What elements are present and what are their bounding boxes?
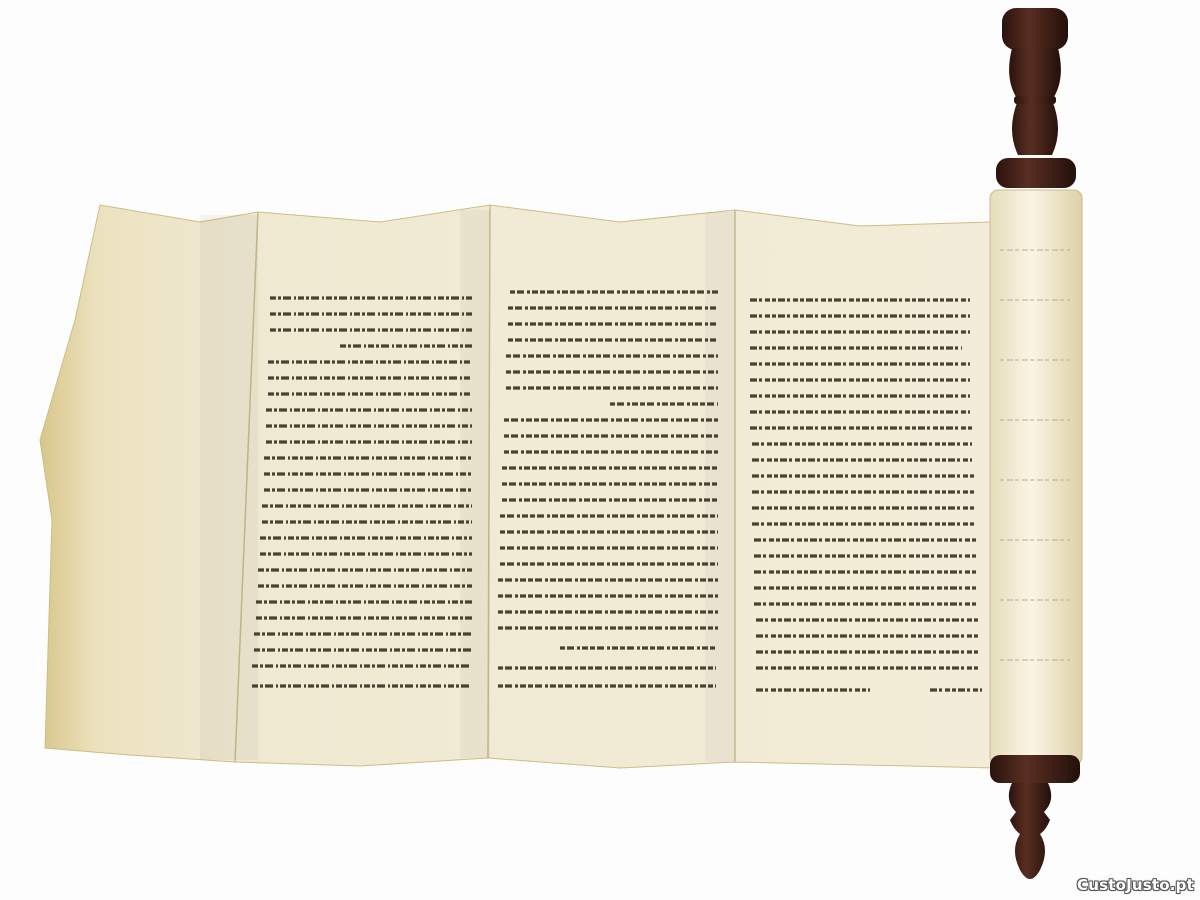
watermark-logo: CustoJusto.pt: [1077, 876, 1194, 894]
rolled-parchment: [990, 190, 1082, 765]
top-wooden-handle: [996, 8, 1076, 188]
parchment-sheet: [40, 205, 995, 768]
torah-scroll-photo: [0, 0, 1200, 900]
bottom-wooden-handle: [990, 755, 1080, 879]
